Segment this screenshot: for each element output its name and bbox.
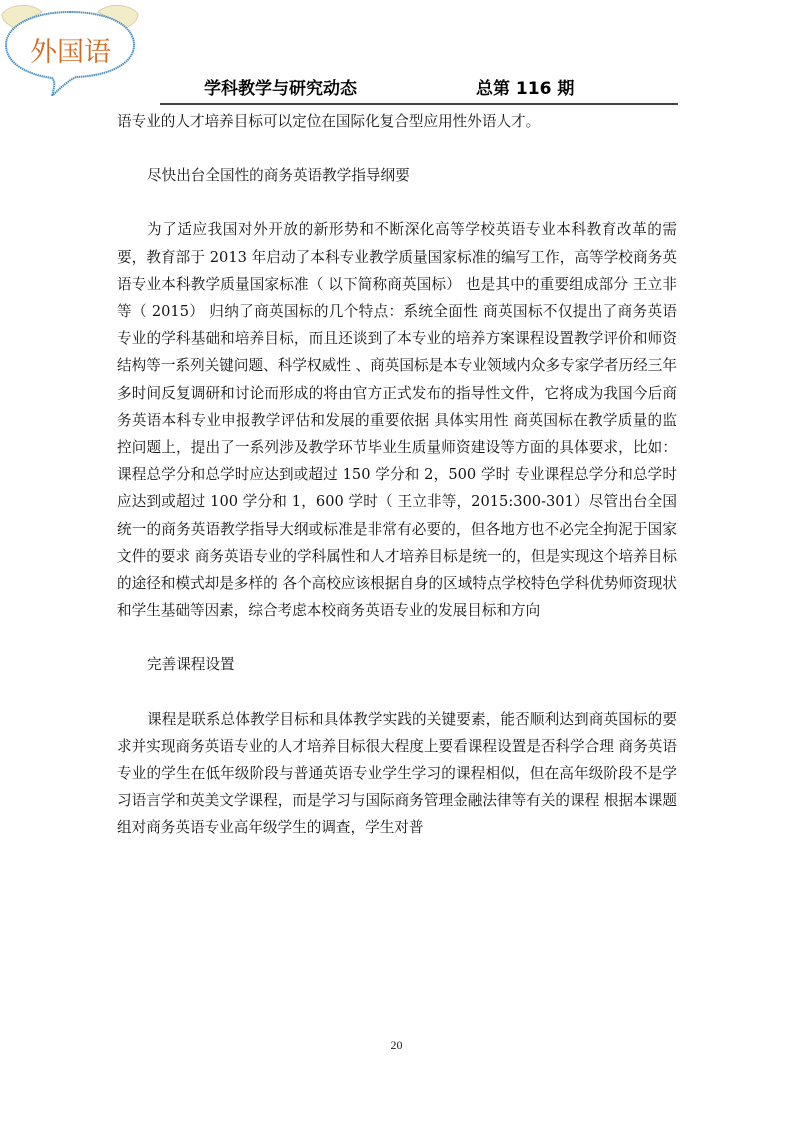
section-heading-curriculum: 完善课程设置 (117, 651, 677, 678)
article-body: 语专业的人才培养目标可以定位在国际化复合型应用性外语人才。 尽快出台全国性的商务… (117, 108, 677, 842)
logo: 外国语 (0, 0, 140, 96)
intro-line: 语专业的人才培养目标可以定位在国际化复合型应用性外语人才。 (117, 108, 677, 135)
page-number: 20 (0, 1038, 793, 1053)
journal-title: 学科教学与研究动态 (204, 74, 357, 99)
header-divider (160, 103, 678, 105)
paragraph-guidelines: 为了适应我国对外开放的新形势和不断深化高等学校英语专业本科教育改革的需要，教育部… (117, 216, 677, 624)
issue-number: 总第 116 期 (476, 74, 574, 99)
logo-text: 外国语 (30, 30, 111, 69)
paragraph-curriculum: 课程是联系总体教学目标和具体教学实践的关键要素，能否顺利达到商英国标的要求并实现… (117, 706, 677, 842)
section-heading-guidelines: 尽快出台全国性的商务英语教学指导纲要 (117, 162, 677, 189)
